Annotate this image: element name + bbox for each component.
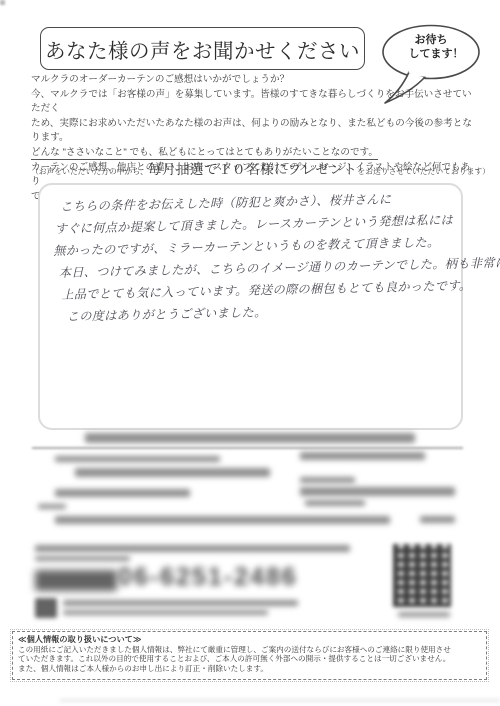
redacted-company-line-2 [63,610,268,615]
handwritten-comment: こちらの条件をお伝えした時（防犯と爽かさ）、桜井さんに すぐに何点か提案して頂き… [52,187,455,328]
form-divider-line [32,447,463,449]
intro-line-1: マルクラのオーダーカーテンのご感想はいかがでしょうか？ [31,73,476,88]
redacted-name-field [75,468,270,477]
scan-artifact-corner [0,0,5,5]
scan-artifact-bottom [60,699,500,702]
phone-number-blurred: 06-6251-2486 [118,563,388,592]
speech-bubble-line1: お待ち [381,33,481,47]
prize-suffix: をお送りさせていただいております） [357,167,490,176]
redacted-company-line-1 [63,600,298,606]
redacted-bottom-row-right [420,516,455,523]
intro-line-2: 今、マルクラでは「お客様の声」を募集しています。皆様のすてきな暮らしづくりをお手… [31,88,476,117]
redacted-form-labels-right [300,452,425,460]
prize-note: （お声をいただいた方の中から、毎月抽選で１０名様にプレゼントをお送りさせていただ… [31,158,491,179]
redacted-contact-note-1 [35,545,350,552]
privacy-title: ≪個人情報の取り扱いについて≫ [18,635,481,645]
redacted-form-labels-left [55,456,220,462]
speech-bubble-text: お待ち してます！ [381,33,481,61]
privacy-line-1: この用紙にご記入いただきました個人情報は、弊社にて厳重に管理し、ご案内の送付なら… [18,645,481,655]
scanned-feedback-sheet: あなた様の声をお聞かせください お待ち してます！ マルクラのオーダーカーテンの… [0,0,500,706]
redacted-field-right-2 [300,487,455,496]
redacted-form-header [85,433,415,443]
privacy-line-2: ていただきます。これ以外の目的で使用することおよび、ご本人の許可無く外部への開示… [18,654,481,664]
privacy-policy-box: ≪個人情報の取り扱いについて≫ この用紙にご記入いただきました個人情報は、弊社に… [12,631,487,680]
redacted-field-right-3 [305,500,365,506]
company-logo-blurred [35,598,57,618]
redacted-small-label [38,504,66,509]
redacted-phone-label [35,570,117,591]
redacted-address-field [55,489,190,497]
privacy-line-3: また、個人情報はご本人様からのお申し出により訂正・削除いたします。 [18,664,481,674]
speech-bubble-line2: してます！ [381,47,481,61]
page-title: あなた様の声をお聞かせください [45,34,360,64]
redacted-field-right-1 [300,477,355,483]
qr-code-blurred [393,544,451,607]
prize-highlight: 毎月抽選で１０名様にプレゼント [148,162,357,177]
page-title-box: あなた様の声をお聞かせください [40,27,365,70]
prize-prefix: （お声をいただいた方の中から、 [31,167,148,176]
redacted-bottom-row [55,516,390,524]
intro-line-3: ため、実際にお求めいただいたあなた様のお声は、何よりの励みとなり、また私どもの今… [31,117,476,146]
redacted-qr-caption [398,612,450,617]
redacted-contact-note-2 [35,556,130,561]
